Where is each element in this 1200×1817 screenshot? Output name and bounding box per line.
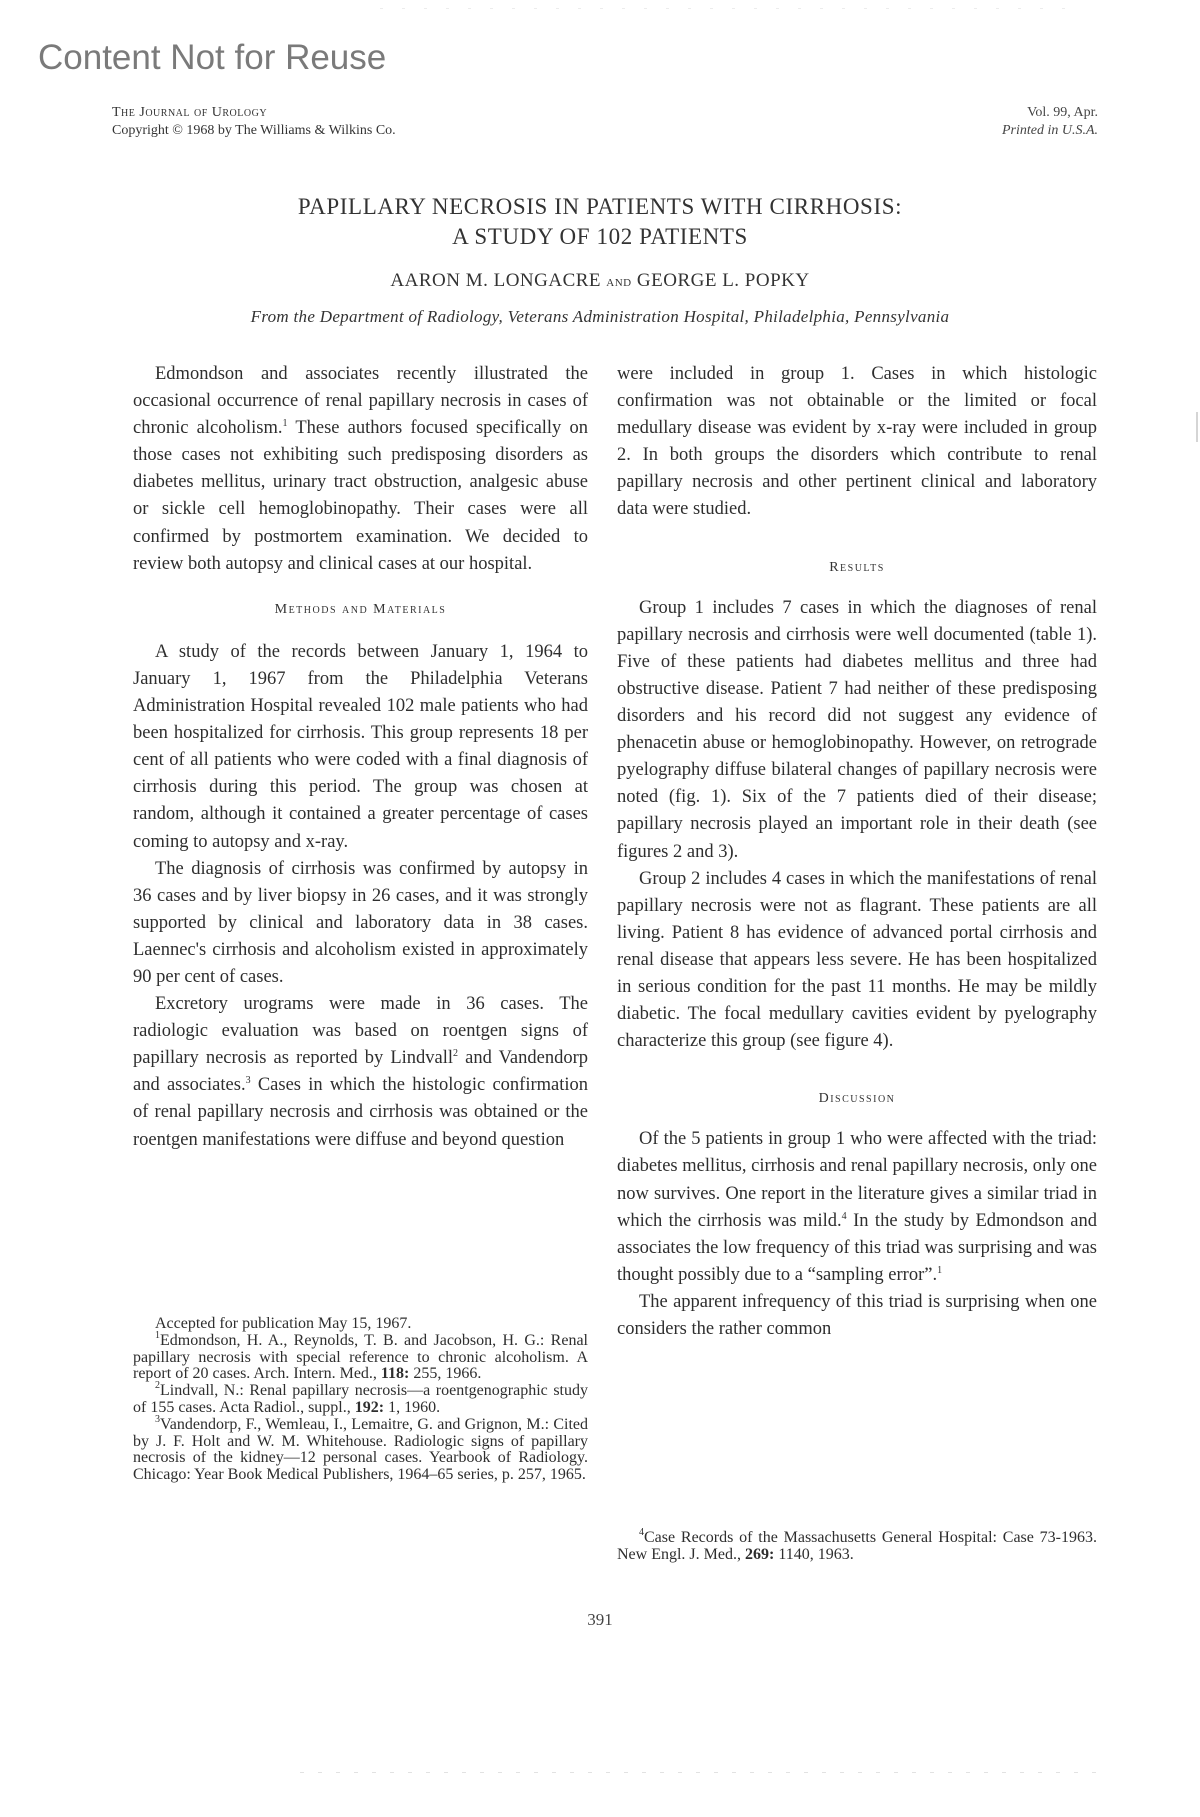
methods-paragraph-1: A study of the records between January 1…	[133, 639, 588, 856]
author-2: GEORGE L. POPKY	[637, 270, 810, 291]
discussion-paragraph-1: Of the 5 patients in group 1 who were af…	[617, 1126, 1097, 1289]
footnotes-right: 4Case Records of the Massachusetts Gener…	[617, 1530, 1097, 1564]
methods-paragraph-2: The diagnosis of cirrhosis was confirmed…	[133, 856, 588, 991]
scan-artifact-top	[380, 8, 1080, 9]
right-column: were included in group 1. Cases in which…	[617, 361, 1097, 1343]
title-line-1: PAPILLARY NECROSIS IN PATIENTS WITH CIRR…	[0, 192, 1200, 222]
scan-artifact-bottom	[300, 1772, 1100, 1773]
footnote-1: 1Edmondson, H. A., Reynolds, T. B. and J…	[133, 1333, 588, 1383]
page-number: 391	[0, 1610, 1200, 1630]
footnote-1-volume: 118:	[381, 1365, 409, 1382]
author-separator: and	[606, 273, 631, 290]
footnote-2-pages: 1, 1960.	[384, 1399, 440, 1416]
footnote-4-text: Case Records of the Massachusetts Genera…	[617, 1529, 1097, 1563]
footnote-2-volume: 192:	[355, 1399, 384, 1416]
left-column: Edmondson and associates recently illust…	[133, 361, 588, 1154]
volume-issue: Vol. 99, Apr.	[1002, 104, 1098, 122]
journal-name: The Journal of Urology	[112, 104, 396, 122]
title-line-2: A STUDY OF 102 PATIENTS	[0, 222, 1200, 252]
section-heading-results: Results	[617, 554, 1097, 581]
footnote-1-text: Edmondson, H. A., Reynolds, T. B. and Ja…	[133, 1332, 588, 1383]
footnote-4-pages: 1140, 1963.	[774, 1546, 853, 1563]
authors: AARON M. LONGACRE and GEORGE L. POPKY	[0, 270, 1200, 292]
ref-1-again: 1	[937, 1265, 942, 1276]
results-paragraph-1: Group 1 includes 7 cases in which the di…	[617, 595, 1097, 866]
footnote-3: 3Vandendorp, F., Wemleau, I., Lemaitre, …	[133, 1417, 588, 1484]
footnote-4: 4Case Records of the Massachusetts Gener…	[617, 1530, 1097, 1564]
volume-header: Vol. 99, Apr. Printed in U.S.A.	[1002, 104, 1098, 140]
watermark: Content Not for Reuse	[38, 38, 386, 78]
methods-paragraph-3: Excretory urograms were made in 36 cases…	[133, 991, 588, 1154]
accepted-note: Accepted for publication May 15, 1967.	[133, 1316, 588, 1333]
section-heading-methods: Methods and Materials	[133, 596, 588, 623]
affiliation: From the Department of Radiology, Vetera…	[0, 307, 1200, 327]
article-title: PAPILLARY NECROSIS IN PATIENTS WITH CIRR…	[0, 192, 1200, 252]
footnote-4-volume: 269:	[745, 1546, 774, 1563]
scan-artifact-edge	[1196, 412, 1198, 442]
intro-text-b: These authors focused specifically on th…	[133, 418, 588, 573]
printed-in: Printed in U.S.A.	[1002, 122, 1098, 140]
results-paragraph-2: Group 2 includes 4 cases in which the ma…	[617, 866, 1097, 1056]
footnote-2: 2Lindvall, N.: Renal papillary necrosis—…	[133, 1383, 588, 1417]
methods-paragraph-3-continued: were included in group 1. Cases in which…	[617, 361, 1097, 524]
section-heading-discussion: Discussion	[617, 1085, 1097, 1112]
copyright-line: Copyright © 1968 by The Williams & Wilki…	[112, 122, 396, 140]
footnote-1-pages: 255, 1966.	[409, 1365, 481, 1382]
author-1: AARON M. LONGACRE	[390, 270, 601, 291]
footnote-3-text: Vandendorp, F., Wemleau, I., Lemaitre, G…	[133, 1416, 588, 1483]
journal-header: The Journal of Urology Copyright © 1968 …	[112, 104, 396, 140]
intro-paragraph: Edmondson and associates recently illust…	[133, 361, 588, 578]
footnotes-left: Accepted for publication May 15, 1967. 1…	[133, 1316, 588, 1484]
discussion-paragraph-2: The apparent infrequency of this triad i…	[617, 1289, 1097, 1343]
